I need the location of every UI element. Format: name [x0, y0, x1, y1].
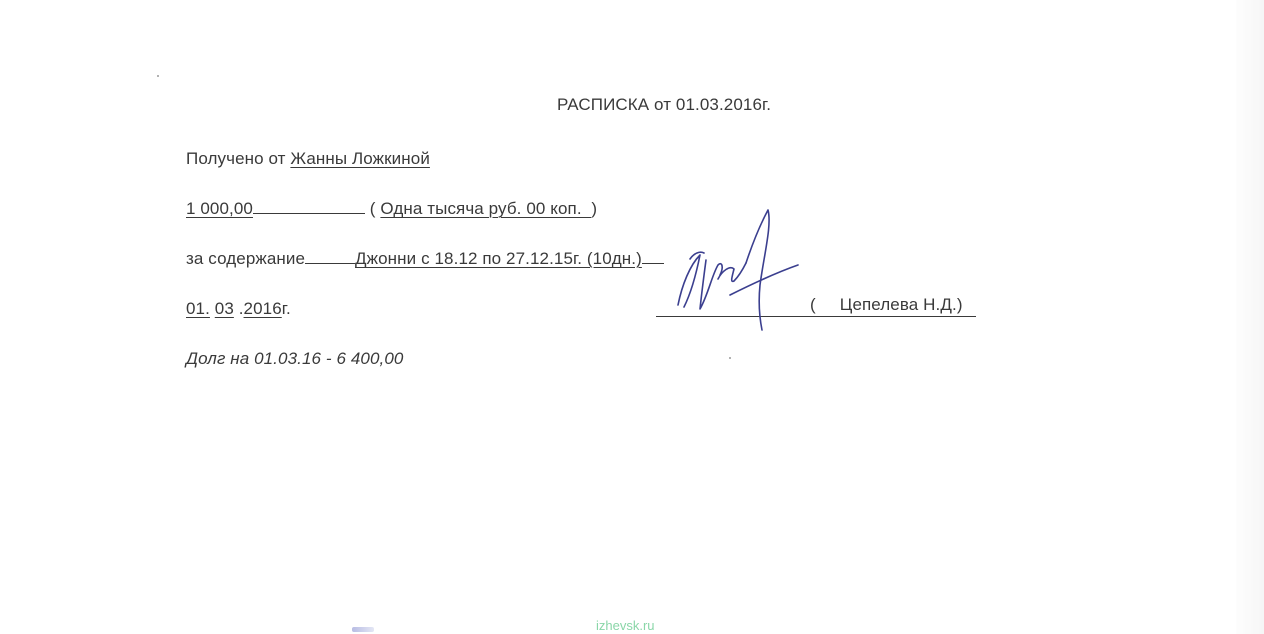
scan-speck	[729, 357, 731, 359]
date-suffix: г.	[282, 299, 291, 318]
watermark: izhevsk.ru	[596, 618, 655, 633]
received-from-name: Жанны Ложкиной	[290, 149, 430, 168]
document-title: РАСПИСКА от 01.03.2016г.	[557, 95, 771, 115]
amount-close-paren: )	[591, 199, 597, 218]
amount-value: 1 000,00	[186, 199, 253, 218]
purpose-blank	[305, 249, 355, 264]
handwritten-signature-icon	[660, 205, 810, 335]
received-label: Получено от	[186, 149, 290, 168]
received-from-line: Получено от Жанны Ложкиной	[186, 149, 430, 169]
date-line: 01. 03 .2016г.	[186, 299, 291, 319]
date-year: 2016	[244, 299, 282, 318]
date-month: 03	[215, 299, 234, 318]
purpose-label: за содержание	[186, 249, 305, 268]
signer-line: (Цепелева Н.Д.)	[810, 295, 963, 315]
signer-open-paren: (	[810, 295, 816, 314]
amount-line: 1 000,00 ( Одна тысяча руб. 00 коп. )	[186, 199, 597, 219]
scan-speck	[157, 75, 159, 77]
amount-words: Одна тысяча руб. 00 коп.	[380, 199, 591, 218]
stamp-fragment	[352, 627, 374, 632]
purpose-line: за содержаниеДжонни с 18.12 по 27.12.15г…	[186, 249, 664, 269]
date-day: 01.	[186, 299, 210, 318]
page-edge	[1236, 0, 1264, 634]
amount-blank	[253, 199, 365, 214]
signer-name: Цепелева Н.Д.)	[840, 295, 963, 314]
debt-note: Долг на 01.03.16 - 6 400,00	[186, 349, 403, 369]
date-year-prefix: .	[234, 299, 244, 318]
amount-open-paren: (	[365, 199, 380, 218]
purpose-value: Джонни с 18.12 по 27.12.15г. (10дн.)	[355, 249, 642, 268]
